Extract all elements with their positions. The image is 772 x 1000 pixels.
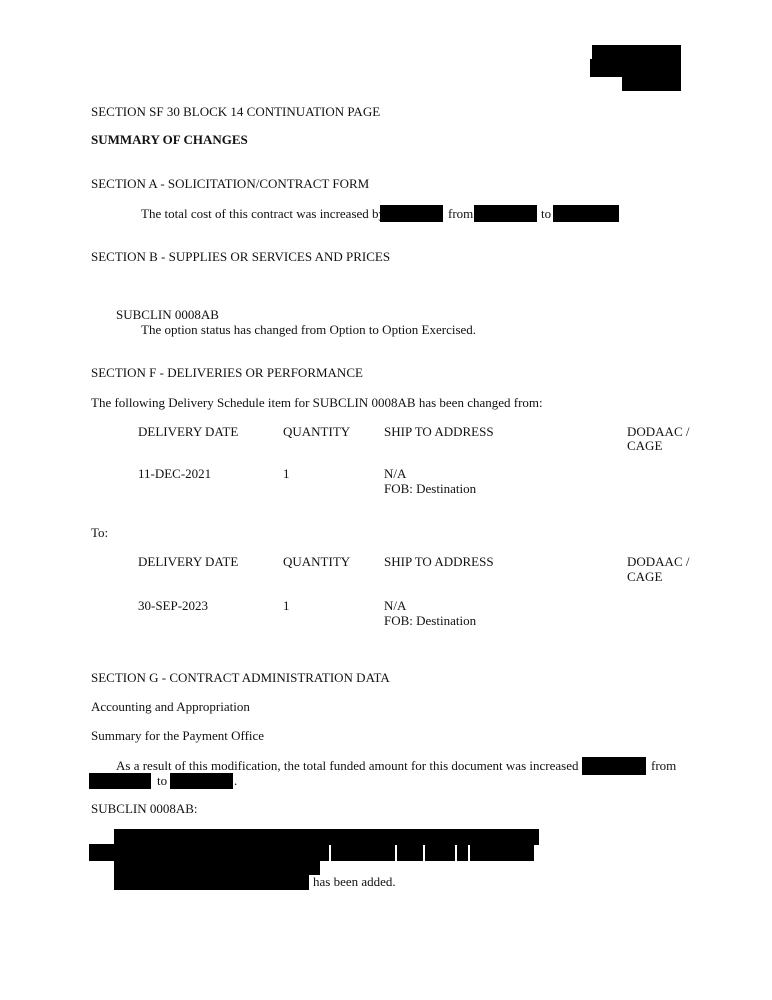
col-delivery-date: DELIVERY DATE bbox=[138, 554, 238, 569]
section-b-heading: SECTION B - SUPPLIES OR SERVICES AND PRI… bbox=[91, 249, 390, 264]
funded-from: from bbox=[651, 758, 676, 773]
redaction-header-block-lower bbox=[622, 76, 681, 91]
redaction-segment bbox=[397, 844, 423, 861]
redaction-segment bbox=[114, 860, 320, 875]
added-suffix: has been added. bbox=[313, 874, 396, 889]
payment-office-heading: Summary for the Payment Office bbox=[91, 728, 264, 743]
section-b-change: The option status has changed from Optio… bbox=[141, 322, 476, 337]
section-a-from: from bbox=[448, 206, 473, 221]
redaction-segment bbox=[114, 874, 309, 890]
section-a-sentence: The total cost of this contract was incr… bbox=[141, 206, 385, 221]
redaction-cost-increase bbox=[380, 205, 443, 222]
col-ship-to: SHIP TO ADDRESS bbox=[384, 424, 494, 439]
accounting-heading: Accounting and Appropriation bbox=[91, 699, 250, 714]
to-delivery-date: 30-SEP-2023 bbox=[138, 598, 208, 613]
redaction-header-block-notch bbox=[590, 59, 600, 77]
redaction-segment bbox=[331, 844, 395, 861]
from-fob: FOB: Destination bbox=[384, 481, 476, 496]
from-quantity: 1 bbox=[283, 466, 290, 481]
redaction-funded-increase bbox=[582, 757, 646, 775]
col-cage: CAGE bbox=[627, 438, 662, 453]
redaction-funded-from bbox=[89, 773, 151, 789]
redaction-segment bbox=[457, 844, 468, 861]
summary-heading: SUMMARY OF CHANGES bbox=[91, 132, 248, 147]
redaction-header-block bbox=[592, 45, 681, 77]
section-b-subclin: SUBCLIN 0008AB bbox=[116, 307, 219, 322]
redaction-segment bbox=[470, 844, 534, 861]
redaction-funded-to bbox=[170, 773, 233, 789]
col-delivery-date: DELIVERY DATE bbox=[138, 424, 238, 439]
section-a-to: to bbox=[541, 206, 551, 221]
col-cage: CAGE bbox=[627, 569, 662, 584]
col-dodaac: DODAAC / bbox=[627, 424, 689, 439]
redaction-cost-to bbox=[553, 205, 619, 222]
col-quantity: QUANTITY bbox=[283, 554, 350, 569]
redaction-segment bbox=[425, 844, 455, 861]
document-title: SECTION SF 30 BLOCK 14 CONTINUATION PAGE bbox=[91, 104, 380, 119]
col-dodaac: DODAAC / bbox=[627, 554, 689, 569]
redaction-cost-from bbox=[474, 205, 537, 222]
from-ship-to: N/A bbox=[384, 466, 406, 481]
redaction-segment bbox=[114, 829, 539, 845]
subclin-label: SUBCLIN 0008AB: bbox=[91, 801, 198, 816]
to-quantity: 1 bbox=[283, 598, 290, 613]
to-label: To: bbox=[91, 525, 108, 540]
funded-sentence: As a result of this modification, the to… bbox=[116, 758, 595, 773]
funded-period: . bbox=[234, 773, 237, 788]
section-g-heading: SECTION G - CONTRACT ADMINISTRATION DATA bbox=[91, 670, 390, 685]
col-quantity: QUANTITY bbox=[283, 424, 350, 439]
from-delivery-date: 11-DEC-2021 bbox=[138, 466, 211, 481]
col-ship-to: SHIP TO ADDRESS bbox=[384, 554, 494, 569]
redaction-segment bbox=[89, 844, 329, 861]
to-ship-to: N/A bbox=[384, 598, 406, 613]
funded-to: to bbox=[157, 773, 167, 788]
section-f-intro: The following Delivery Schedule item for… bbox=[91, 395, 543, 410]
section-a-heading: SECTION A - SOLICITATION/CONTRACT FORM bbox=[91, 176, 369, 191]
section-f-heading: SECTION F - DELIVERIES OR PERFORMANCE bbox=[91, 365, 363, 380]
to-fob: FOB: Destination bbox=[384, 613, 476, 628]
